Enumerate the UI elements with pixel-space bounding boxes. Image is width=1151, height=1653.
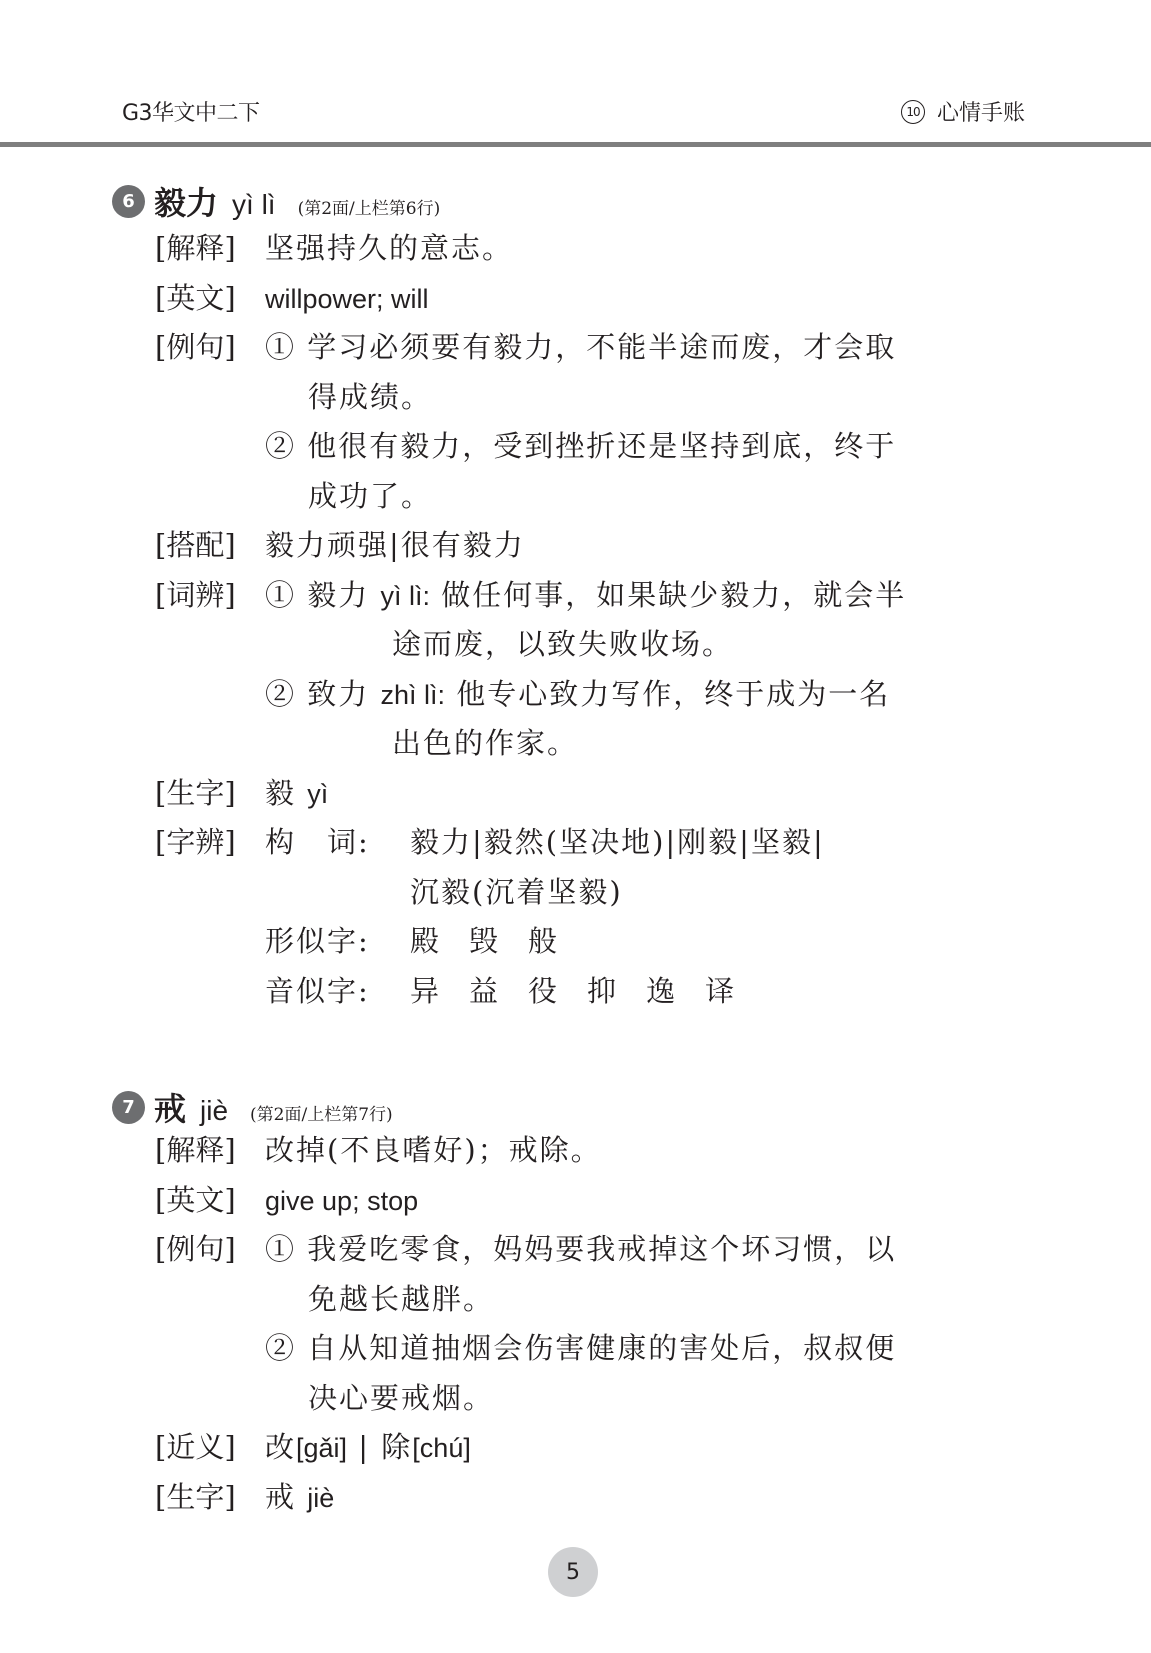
similar-shape-char: 殿 (410, 924, 441, 958)
distinction-label: [词辨] (155, 577, 265, 613)
synonym-label: [近义] (155, 1429, 265, 1465)
entry-word: 戒 (154, 1084, 186, 1130)
synonym-pinyin: [chú] (412, 1433, 471, 1463)
collocation-label: [搭配] (155, 527, 265, 563)
page-number-badge: 5 (548, 1547, 598, 1597)
synonym-char: 除 (381, 1430, 412, 1464)
distinction-row: ② 致力 zhì lì: 他专心致力写作，终于成为一名 (265, 676, 890, 713)
examples-label: [例句] (155, 329, 265, 365)
synonym-char: 改 (265, 1430, 296, 1464)
char-analysis-row: [字辨]构 词:毅力|毅然(坚决地)|刚毅|坚毅| (155, 824, 825, 860)
example-row: ② 他很有毅力，受到挫折还是坚持到底，终于 (265, 428, 896, 464)
entry-number-badge: 6 (112, 185, 145, 218)
similar-sound-char: 译 (705, 974, 736, 1008)
book-title: G3华文中二下 (122, 96, 260, 127)
example-marker: ① (265, 330, 296, 364)
similar-sound-char: 逸 (646, 974, 677, 1008)
example-continuation: 免越长越胖。 (308, 1281, 494, 1317)
distinction-word: 致力 (307, 677, 369, 711)
explanation-text: 坚强持久的意志。 (265, 231, 513, 265)
similar-sound-char: 抑 (587, 974, 618, 1008)
english-row: [英文]willpower; will (155, 280, 429, 317)
english-row: [英文]give up; stop (155, 1182, 418, 1219)
distinction-pinyin: yì lì: (380, 581, 430, 611)
example-continuation: 成功了。 (308, 478, 432, 514)
english-label: [英文] (155, 1182, 265, 1218)
new-char-pinyin: yì (307, 779, 328, 809)
new-char: 毅 (265, 776, 296, 810)
explanation-label: [解释] (155, 1132, 265, 1168)
example-row: [例句]① 学习必须要有毅力，不能半途而废，才会取 (155, 329, 896, 365)
example-text: 自从知道抽烟会伤害健康的害处后，叔叔便 (307, 1331, 896, 1365)
entry-heading: 6 毅力 yì lì (第2面/上栏第6行) (112, 178, 440, 224)
explanation-row: [解释]改掉(不良嗜好)；戒除。 (155, 1132, 602, 1168)
entry-pinyin: yì lì (232, 189, 276, 221)
distinction-marker: ② (265, 677, 296, 711)
distinction-word: 毅力 (307, 578, 369, 612)
distinction-continuation: 出色的作家。 (392, 725, 578, 761)
example-text: 他很有毅力，受到挫折还是坚持到底，终于 (307, 429, 896, 463)
entry-reference: (第2面/上栏第6行) (298, 194, 441, 219)
examples-label: [例句] (155, 1231, 265, 1267)
example-marker: ① (265, 1232, 296, 1266)
lesson-header: 10 心情手账 (901, 96, 1025, 127)
distinction-text: 做任何事，如果缺少毅力，就会半 (441, 578, 906, 612)
example-text: 学习必须要有毅力，不能半途而废，才会取 (307, 330, 896, 364)
collocation-text: 毅力顽强|很有毅力 (265, 528, 525, 562)
explanation-label: [解释] (155, 230, 265, 266)
english-text: willpower; will (265, 284, 429, 314)
example-marker: ② (265, 1331, 296, 1365)
similar-sound-char: 异 (410, 974, 441, 1008)
similar-shape-row: 形似字:殿毁般 (265, 923, 559, 959)
new-char-row: [生字]戒 jiè (155, 1479, 334, 1516)
entry-word: 毅力 (154, 178, 218, 224)
synonym-pinyin: [gǎi] (296, 1433, 347, 1463)
distinction-marker: ① (265, 578, 296, 612)
explanation-row: [解释]坚强持久的意志。 (155, 230, 513, 266)
new-char: 戒 (265, 1480, 296, 1514)
example-marker: ② (265, 429, 296, 463)
word-building-continuation: 沉毅(沉着坚毅) (410, 874, 623, 910)
new-char-label: [生字] (155, 1479, 265, 1515)
example-continuation: 得成绩。 (308, 379, 432, 415)
distinction-text: 他专心致力写作，终于成为一名 (456, 677, 890, 711)
distinction-continuation: 途而废，以致失败收场。 (392, 626, 733, 662)
collocation-row: [搭配]毅力顽强|很有毅力 (155, 527, 525, 563)
example-row: [例句]① 我爱吃零食，妈妈要我戒掉这个坏习惯，以 (155, 1231, 896, 1267)
explanation-text: 改掉(不良嗜好)；戒除。 (265, 1133, 602, 1167)
entry-number-badge: 7 (112, 1091, 145, 1124)
char-analysis-label: [字辨] (155, 824, 265, 860)
distinction-row: [词辨]① 毅力 yì lì: 做任何事，如果缺少毅力，就会半 (155, 577, 906, 614)
header-divider (0, 142, 1151, 147)
lesson-title: 心情手账 (937, 96, 1025, 127)
english-label: [英文] (155, 280, 265, 316)
similar-shape-label: 形似字: (265, 923, 410, 959)
new-char-pinyin: jiè (307, 1483, 334, 1513)
entry-pinyin: jiè (200, 1095, 228, 1127)
new-char-label: [生字] (155, 775, 265, 811)
lesson-number-badge: 10 (901, 100, 925, 124)
similar-sound-row: 音似字:异益役抑逸译 (265, 973, 736, 1009)
new-char-row: [生字]毅 yì (155, 775, 328, 812)
similar-shape-char: 般 (528, 924, 559, 958)
english-text: give up; stop (265, 1186, 418, 1216)
similar-sound-label: 音似字: (265, 973, 410, 1009)
synonym-row: [近义]改[gǎi] | 除[chú] (155, 1429, 471, 1466)
example-text: 我爱吃零食，妈妈要我戒掉这个坏习惯，以 (307, 1232, 896, 1266)
similar-sound-char: 益 (469, 974, 500, 1008)
word-building-label: 构 词: (265, 824, 410, 860)
distinction-pinyin: zhì lì: (380, 680, 445, 710)
example-continuation: 决心要戒烟。 (308, 1380, 494, 1416)
example-row: ② 自从知道抽烟会伤害健康的害处后，叔叔便 (265, 1330, 896, 1366)
entry-reference: (第2面/上栏第7行) (250, 1100, 393, 1125)
entry-heading: 7 戒 jiè (第2面/上栏第7行) (112, 1084, 393, 1130)
word-building-text: 毅力|毅然(坚决地)|刚毅|坚毅| (410, 825, 825, 859)
similar-shape-char: 毁 (469, 924, 500, 958)
similar-sound-char: 役 (528, 974, 559, 1008)
